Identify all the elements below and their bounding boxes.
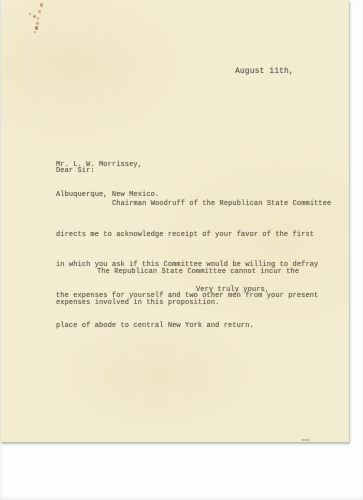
rust-stain-speck [38, 10, 41, 13]
rust-stain-speck [33, 15, 36, 18]
salutation: Dear Sir: [56, 166, 95, 177]
rust-stain-speck [34, 31, 36, 33]
date-line: August 11th, [235, 66, 294, 78]
body-line: directs me to acknowledge receipt of you… [56, 228, 331, 243]
rust-stain-speck [37, 17, 39, 20]
closing-line: Very truly yours, [196, 284, 269, 296]
rust-stain-speck [36, 22, 39, 25]
scanned-letter-image: August 11th, Mr. L. W. Morrissey, Albuqu… [0, 0, 363, 500]
body-line: The Republican State Committee cannot in… [56, 265, 299, 280]
rust-stain-speck [35, 26, 38, 30]
body-line: expenses involved in this proposition. [56, 296, 299, 311]
paper-edge-mark [301, 439, 310, 441]
rust-stain-speck [29, 13, 31, 15]
body-line: Chairman Woodruff of the Republican Stat… [56, 197, 331, 212]
letter-page: August 11th, Mr. L. W. Morrissey, Albuqu… [1, 0, 349, 442]
rust-stain-speck [40, 3, 43, 7]
